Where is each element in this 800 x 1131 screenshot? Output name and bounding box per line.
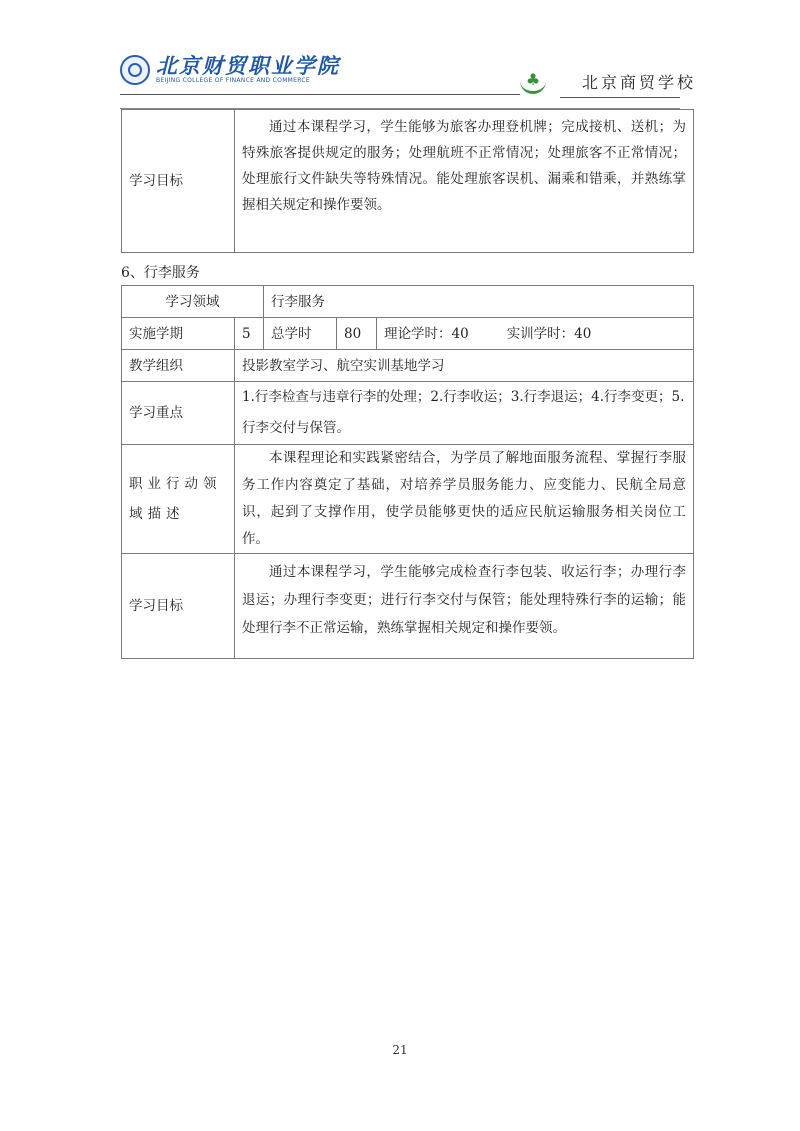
pine-tree-emblem-icon: ♣ bbox=[520, 68, 546, 94]
semester-label: 实施学期 bbox=[122, 318, 235, 350]
table-row: 学习重点 1.行李检查与违章行李的处理；2.行李收运；3.行李退运；4.行李变更… bbox=[122, 382, 694, 445]
header-divider-left bbox=[120, 94, 520, 95]
table-row: 教学组织 投影教室学习、航空实训基地学习 bbox=[122, 350, 694, 382]
table-row: 职业行动领域描述 本课程理论和实践紧密结合，为学员了解地面服务流程、掌握行李服务… bbox=[122, 445, 694, 554]
objective-content: 通过本课程学习，学生能够为旅客办理登机牌；完成接机、送机；为特殊旅客提供规定的服… bbox=[235, 110, 694, 253]
domain-label: 学习领域 bbox=[122, 286, 264, 318]
objective-value: 通过本课程学习，学生能够完成检查行李包装、收运行李；办理行李退运；办理行李变更；… bbox=[235, 554, 694, 659]
objective-label: 学习目标 bbox=[122, 554, 235, 659]
table-row: 实施学期 5 总学时 80 理论学时：40实训学时：40 bbox=[122, 318, 694, 350]
header-divider-right bbox=[560, 97, 680, 98]
previous-course-table: 学习目标 通过本课程学习，学生能够为旅客办理登机牌；完成接机、送机；为特殊旅客提… bbox=[121, 109, 694, 253]
college-name-en: BEIJING COLLEGE OF FINANCE AND COMMERCE bbox=[156, 77, 340, 85]
description-label: 职业行动领域描述 bbox=[122, 445, 235, 554]
organization-label: 教学组织 bbox=[122, 350, 235, 382]
school-name: 北京商贸学校 bbox=[582, 70, 696, 93]
college-seal-icon bbox=[120, 55, 150, 85]
college-name-cn: 北京财贸职业学院 bbox=[156, 55, 340, 77]
practice-hours: 实训学时：40 bbox=[507, 326, 592, 342]
hours-breakdown: 理论学时：40实训学时：40 bbox=[377, 318, 694, 350]
section-title: 6、行李服务 bbox=[121, 262, 200, 282]
description-value: 本课程理论和实践紧密结合，为学员了解地面服务流程、掌握行李服务工作内容奠定了基础… bbox=[235, 445, 694, 554]
table-row: 学习目标 通过本课程学习，学生能够为旅客办理登机牌；完成接机、送机；为特殊旅客提… bbox=[122, 110, 694, 253]
page-header: 北京财贸职业学院 BEIJING COLLEGE OF FINANCE AND … bbox=[0, 0, 800, 115]
course-table: 学习领域 行李服务 实施学期 5 总学时 80 理论学时：40实训学时：40 教… bbox=[121, 285, 694, 659]
school-logo: ♣ 北京商贸学校 bbox=[520, 68, 696, 94]
theory-hours: 理论学时：40 bbox=[384, 326, 469, 342]
total-hours-label: 总学时 bbox=[264, 318, 337, 350]
organization-value: 投影教室学习、航空实训基地学习 bbox=[235, 350, 694, 382]
objective-label: 学习目标 bbox=[122, 110, 235, 253]
total-hours-value: 80 bbox=[337, 318, 377, 350]
domain-value: 行李服务 bbox=[264, 286, 694, 318]
page-number: 21 bbox=[0, 1043, 800, 1057]
table-row: 学习目标 通过本课程学习，学生能够完成检查行李包装、收运行李；办理行李退运；办理… bbox=[122, 554, 694, 659]
table-row: 学习领域 行李服务 bbox=[122, 286, 694, 318]
semester-value: 5 bbox=[235, 318, 264, 350]
focus-label: 学习重点 bbox=[122, 382, 235, 445]
college-logo: 北京财贸职业学院 BEIJING COLLEGE OF FINANCE AND … bbox=[120, 55, 340, 85]
focus-value: 1.行李检查与违章行李的处理；2.行李收运；3.行李退运；4.行李变更；5.行李… bbox=[235, 382, 694, 445]
